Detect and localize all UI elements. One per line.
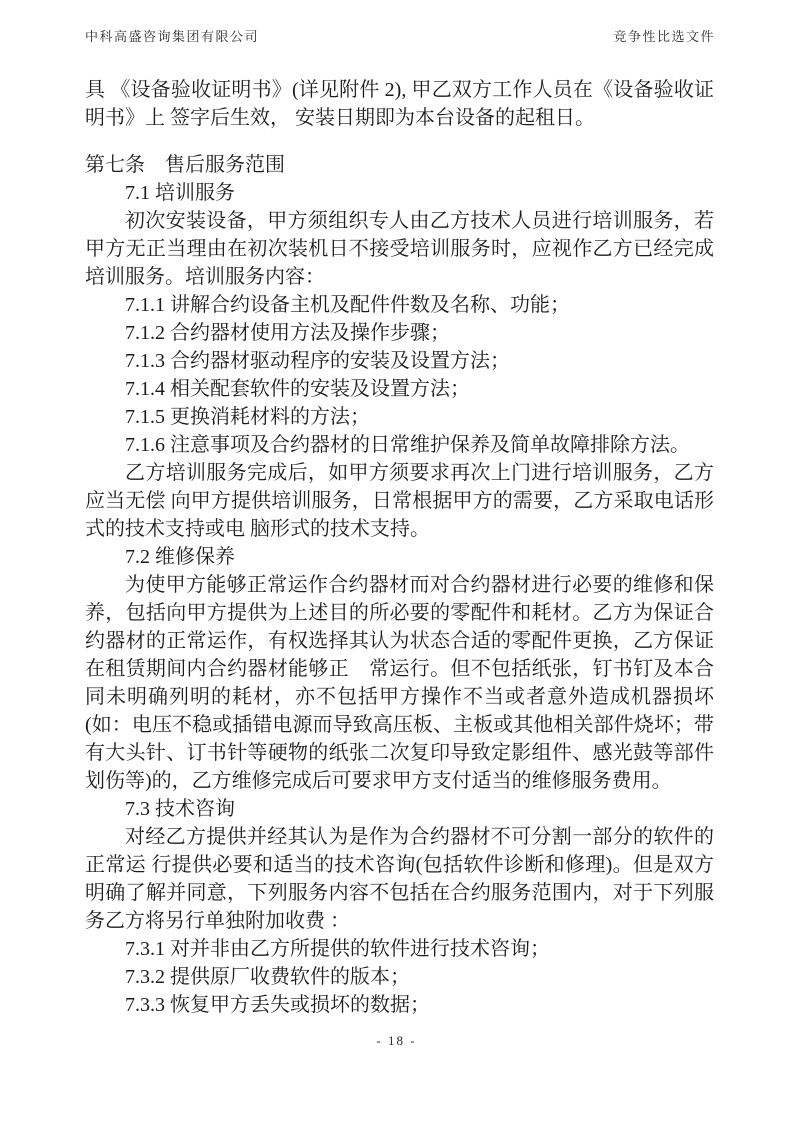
document-page: 中科高盛咨询集团有限公司 竞争性比选文件 具 《设备验收证明书》(详见附件 2)… bbox=[0, 0, 793, 1122]
paragraph: 7.1 培训服务 bbox=[85, 179, 714, 207]
page-number: - 18 - bbox=[376, 1033, 416, 1048]
section-heading: 第七条 售后服务范围 bbox=[85, 151, 714, 179]
page-footer: - 18 - bbox=[0, 1033, 793, 1049]
page-header: 中科高盛咨询集团有限公司 竞争性比选文件 bbox=[85, 26, 715, 45]
paragraph: 7.3.2 提供原厂收费软件的版本； bbox=[85, 963, 714, 991]
paragraph: 7.1.2 合约器材使用方法及操作步骤； bbox=[85, 319, 714, 347]
paragraph: 7.2 维修保养 bbox=[85, 543, 714, 571]
paragraph: 7.1.6 注意事项及合约器材的日常维护保养及简单故障排除方法。 bbox=[85, 431, 714, 459]
paragraph: 对经乙方提供并经其认为是作为合约器材不可分割一部分的软件的正常运 行提供必要和适… bbox=[85, 823, 714, 935]
header-doc-type: 竞争性比选文件 bbox=[613, 26, 715, 45]
paragraph: 7.3.1 对并非由乙方所提供的软件进行技术咨询； bbox=[85, 935, 714, 963]
paragraph: 乙方培训服务完成后，如甲方须要求再次上门进行培训服务，乙方应当无偿 向甲方提供培… bbox=[85, 459, 714, 543]
paragraph: 7.1.3 合约器材驱动程序的安装及设置方法； bbox=[85, 347, 714, 375]
paragraph: 7.1.1 讲解合约设备主机及配件件数及名称、功能； bbox=[85, 291, 714, 319]
paragraph: 7.3.3 恢复甲方丢失或损坏的数据； bbox=[85, 991, 714, 1019]
paragraph: 初次安装设备，甲方须组织专人由乙方技术人员进行培训服务，若甲方无正当理由在初次装… bbox=[85, 207, 714, 291]
paragraph: 具 《设备验收证明书》(详见附件 2), 甲乙双方工作人员在《设备验收证明书》上… bbox=[85, 76, 714, 132]
header-company-name: 中科高盛咨询集团有限公司 bbox=[85, 26, 259, 45]
paragraph: 为使甲方能够正常运作合约器材而对合约器材进行必要的维修和保养，包括向甲方提供为上… bbox=[85, 571, 714, 795]
paragraph: 7.1.4 相关配套软件的安装及设置方法； bbox=[85, 375, 714, 403]
paragraph: 7.3 技术咨询 bbox=[85, 795, 714, 823]
document-body: 具 《设备验收证明书》(详见附件 2), 甲乙双方工作人员在《设备验收证明书》上… bbox=[85, 76, 714, 1019]
paragraph: 7.1.5 更换消耗材料的方法； bbox=[85, 403, 714, 431]
